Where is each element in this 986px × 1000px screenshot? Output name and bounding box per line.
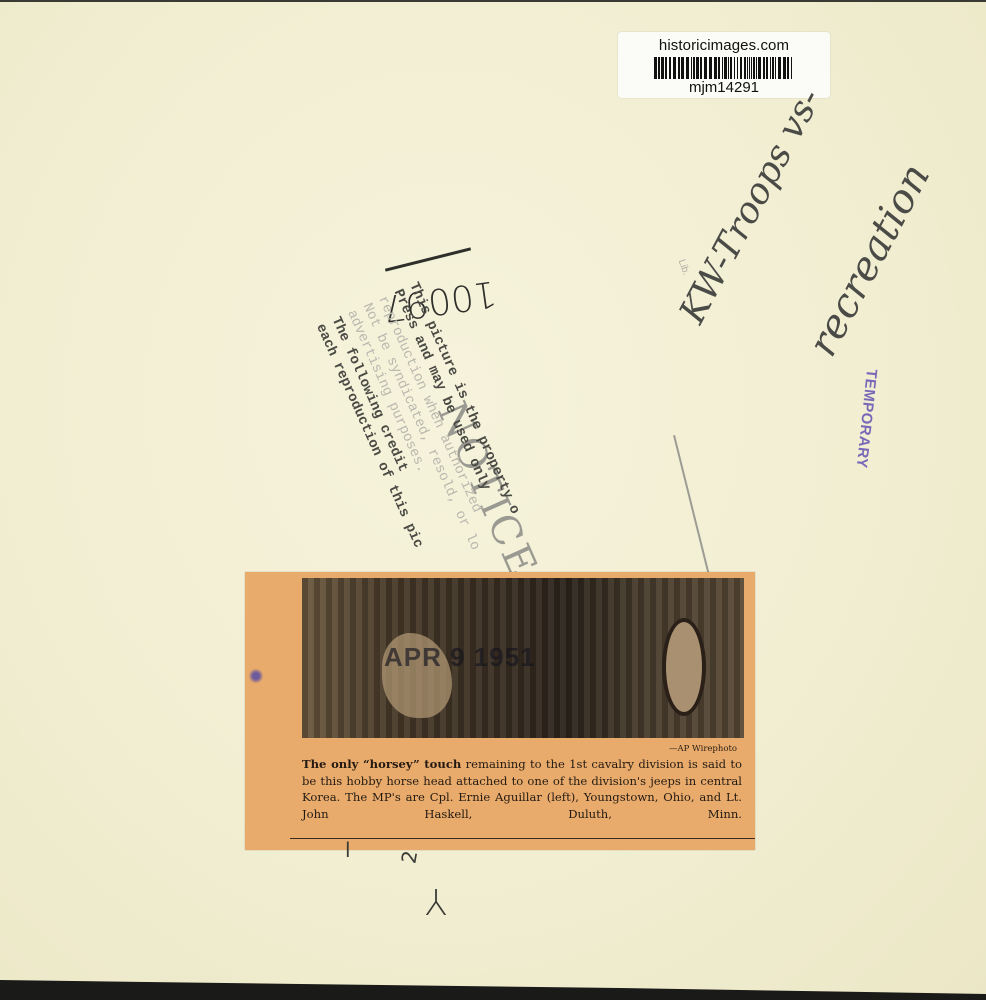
label-site: historicimages.com [618, 37, 830, 54]
caption-lead: The only “horsey” touch [302, 757, 461, 771]
scan-edge [0, 0, 986, 2]
pencil-mark: Y [425, 880, 447, 921]
newspaper-clipping: APR 9 1951 —AP Wirephoto The only “horse… [245, 572, 755, 850]
clipping-photo: APR 9 1951 [302, 578, 744, 738]
ink-speck [249, 668, 263, 684]
barcode-icon [654, 57, 794, 79]
photo-credit: —AP Wirephoto [669, 744, 737, 754]
date-stamp: APR 9 1951 [384, 642, 536, 673]
jeep-headlight [662, 618, 706, 716]
clipping-rule [290, 838, 755, 839]
pencil-mark: l [345, 838, 351, 862]
clipping-caption: The only “horsey” touch remaining to the… [302, 756, 742, 822]
